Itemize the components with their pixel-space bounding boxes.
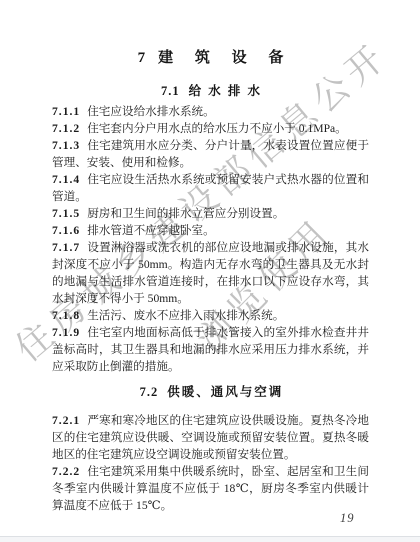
clause-number: 7.1.1 [52, 105, 80, 118]
section-number: 7.2 [140, 385, 159, 399]
clause-text: 住宅建筑用水应分类、分户计量，水表设置位置应便于管理、安装、使用和检修。 [52, 139, 369, 169]
clause: 7.1.6排水管道不应穿越卧室。 [52, 222, 369, 239]
clause-number: 7.1.3 [52, 139, 80, 152]
page-bottom-edge [0, 536, 420, 542]
page-content: 7建 筑 设 备 7.1给 水 排 水 7.1.1住宅应设给水排水系统。7.1.… [0, 0, 420, 514]
clause-number: 7.1.6 [52, 224, 80, 237]
chapter-title: 7建 筑 设 备 [52, 49, 369, 67]
page-number: 19 [340, 511, 355, 526]
clause: 7.1.8生活污、废水不应排入雨水排水系统。 [52, 307, 369, 324]
clause: 7.1.7设置淋浴器或洗衣机的部位应设地漏或排水设施，其水封深度不应小于 50m… [52, 239, 369, 307]
clause-number: 7.1.9 [52, 326, 80, 339]
section-7-1-clauses: 7.1.1住宅应设给水排水系统。7.1.2住宅套内分户用水点的给水压力不应小于 … [52, 103, 369, 375]
section-number: 7.1 [161, 84, 180, 98]
clause-number: 7.1.7 [52, 241, 80, 254]
clause-number: 7.1.8 [52, 309, 80, 322]
clause-number: 7.1.4 [52, 173, 80, 186]
section-7-2-clauses: 7.2.1严寒和寒冷地区的住宅建筑应设供暖设施。夏热冬冷地区的住宅建筑应设供暖、… [52, 412, 369, 514]
clause: 7.1.5厨房和卫生间的排水立管应分别设置。 [52, 205, 369, 222]
clause: 7.1.9住宅室内地面标高低于排水管接入的室外排水检查井井盖标高时，其卫生器具和… [52, 324, 369, 375]
clause-text: 生活污、废水不应排入雨水排水系统。 [87, 309, 284, 322]
clause-text: 住宅套内分户用水点的给水压力不应小于 0.1MPa。 [87, 122, 347, 135]
chapter-title-text: 建 筑 设 备 [158, 50, 292, 66]
clause-number: 7.1.2 [52, 122, 80, 135]
clause: 7.1.4住宅应设生活热水系统或预留安装户式热水器的位置和管道。 [52, 171, 369, 205]
clause: 7.2.1严寒和寒冷地区的住宅建筑应设供暖设施。夏热冬冷地区的住宅建筑应设供暖、… [52, 412, 369, 463]
clause-number: 7.2.1 [52, 414, 80, 427]
document-page: 住房城乡建设部信息公开 浏览使用 7建 筑 设 备 7.1给 水 排 水 7.1… [0, 0, 420, 542]
clause-text: 厨房和卫生间的排水立管应分别设置。 [87, 207, 284, 220]
section-title-text: 给 水 排 水 [189, 84, 262, 98]
clause-text: 住宅应设生活热水系统或预留安装户式热水器的位置和管道。 [52, 173, 369, 203]
clause-number: 7.1.5 [52, 207, 80, 220]
clause: 7.1.3住宅建筑用水应分类、分户计量，水表设置位置应便于管理、安装、使用和检修… [52, 137, 369, 171]
clause: 7.2.2住宅建筑采用集中供暖系统时，卧室、起居室和卫生间冬季室内供暖计算温度不… [52, 463, 369, 514]
clause-number: 7.2.2 [52, 465, 80, 478]
section-title-7-2: 7.2供暖、通风与空调 [52, 384, 369, 400]
clause: 7.1.2住宅套内分户用水点的给水压力不应小于 0.1MPa。 [52, 120, 369, 137]
section-title-7-1: 7.1给 水 排 水 [52, 83, 369, 99]
chapter-number: 7 [138, 50, 146, 66]
clause-text: 住宅建筑采用集中供暖系统时，卧室、起居室和卫生间冬季室内供暖计算温度不应低于 1… [52, 465, 369, 512]
clause-text: 严寒和寒冷地区的住宅建筑应设供暖设施。夏热冬冷地区的住宅建筑应设供暖、空调设施或… [52, 414, 369, 461]
clause-text: 住宅应设给水排水系统。 [87, 105, 215, 118]
clause-text: 设置淋浴器或洗衣机的部位应设地漏或排水设施，其水封深度不应小于 50mm。构造内… [52, 241, 369, 305]
clause: 7.1.1住宅应设给水排水系统。 [52, 103, 369, 120]
clause-text: 住宅室内地面标高低于排水管接入的室外排水检查井井盖标高时，其卫生器具和地漏的排水… [52, 326, 369, 373]
section-title-text: 供暖、通风与空调 [167, 385, 283, 399]
clause-text: 排水管道不应穿越卧室。 [87, 224, 215, 237]
